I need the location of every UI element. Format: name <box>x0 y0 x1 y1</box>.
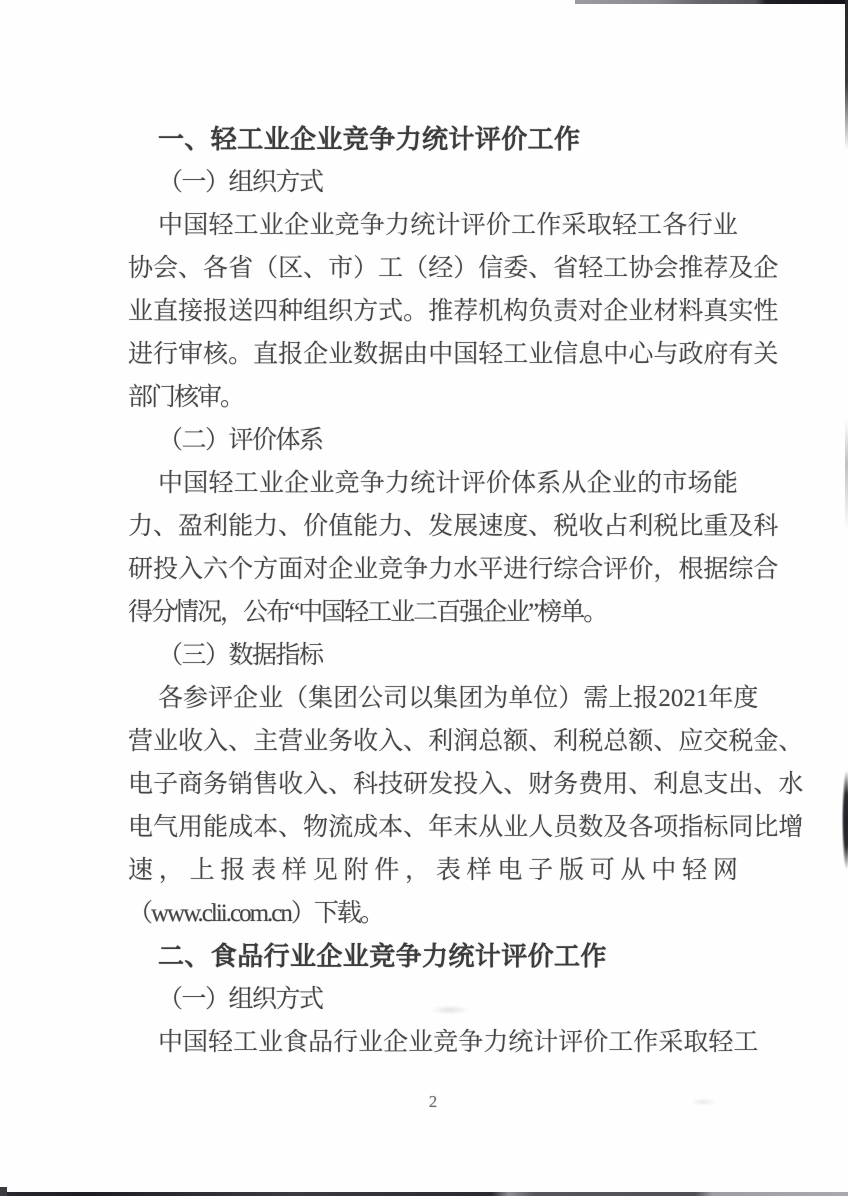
text-line: 速，上报表样见附件，表样电子版可从中轻网 <box>128 849 738 892</box>
text-line: 进行审核。直报企业数据由中国轻工业信息中心与政府有关 <box>128 333 738 376</box>
text-line: 研投入六个方面对企业竞争力水平进行综合评价，根据综合 <box>128 548 738 591</box>
text-line: 部门核审。 <box>128 376 738 419</box>
text-line: 力、盈利能力、价值能力、发展速度、税收占利税比重及科 <box>128 505 738 548</box>
text-line: （www.clii.com.cn）下载。 <box>128 892 738 935</box>
document-text-column: 一、轻工业企业竞争力统计评价工作（一）组织方式中国轻工业企业竞争力统计评价工作采… <box>128 118 738 1064</box>
text-line: 中国轻工业企业竞争力统计评价体系从企业的市场能 <box>128 462 738 505</box>
text-line: 电子商务销售收入、科技研发投入、财务费用、利息支出、水 <box>128 763 738 806</box>
text-line: （三）数据指标 <box>128 634 738 677</box>
text-line: 中国轻工业企业竞争力统计评价工作采取轻工各行业 <box>128 204 738 247</box>
text-line: （一）组织方式 <box>128 161 738 204</box>
scan-artifact-bottom-edge <box>0 1192 848 1196</box>
scan-artifact-top-edge <box>575 0 848 4</box>
text-line: （二）评价体系 <box>128 419 738 462</box>
text-line: 一、轻工业企业竞争力统计评价工作 <box>128 118 738 161</box>
text-line: （一）组织方式 <box>128 978 738 1021</box>
scan-artifact-bottom-left-notch <box>0 1187 7 1196</box>
text-line: 各参评企业（集团公司以集团为单位）需上报2021年度 <box>128 677 738 720</box>
text-line: 二、食品行业企业竞争力统计评价工作 <box>128 935 738 978</box>
page-number: 2 <box>128 1092 738 1112</box>
text-line: 中国轻工业食品行业企业竞争力统计评价工作采取轻工 <box>128 1021 738 1064</box>
text-line: 电气用能成本、物流成本、年末从业人员数及各项指标同比增 <box>128 806 738 849</box>
scan-artifact-right-blob <box>840 770 848 870</box>
text-line: 营业收入、主营业务收入、利润总额、利税总额、应交税金、 <box>128 720 738 763</box>
text-line: 业直接报送四种组织方式。推荐机构负责对企业材料真实性 <box>128 290 738 333</box>
text-line: 协会、各省（区、市）工（经）信委、省轻工协会推荐及企 <box>128 247 738 290</box>
text-line: 得分情况，公布“中国轻工业二百强企业”榜单。 <box>128 591 738 634</box>
scanned-document-page: 一、轻工业企业竞争力统计评价工作（一）组织方式中国轻工业企业竞争力统计评价工作采… <box>0 0 848 1200</box>
